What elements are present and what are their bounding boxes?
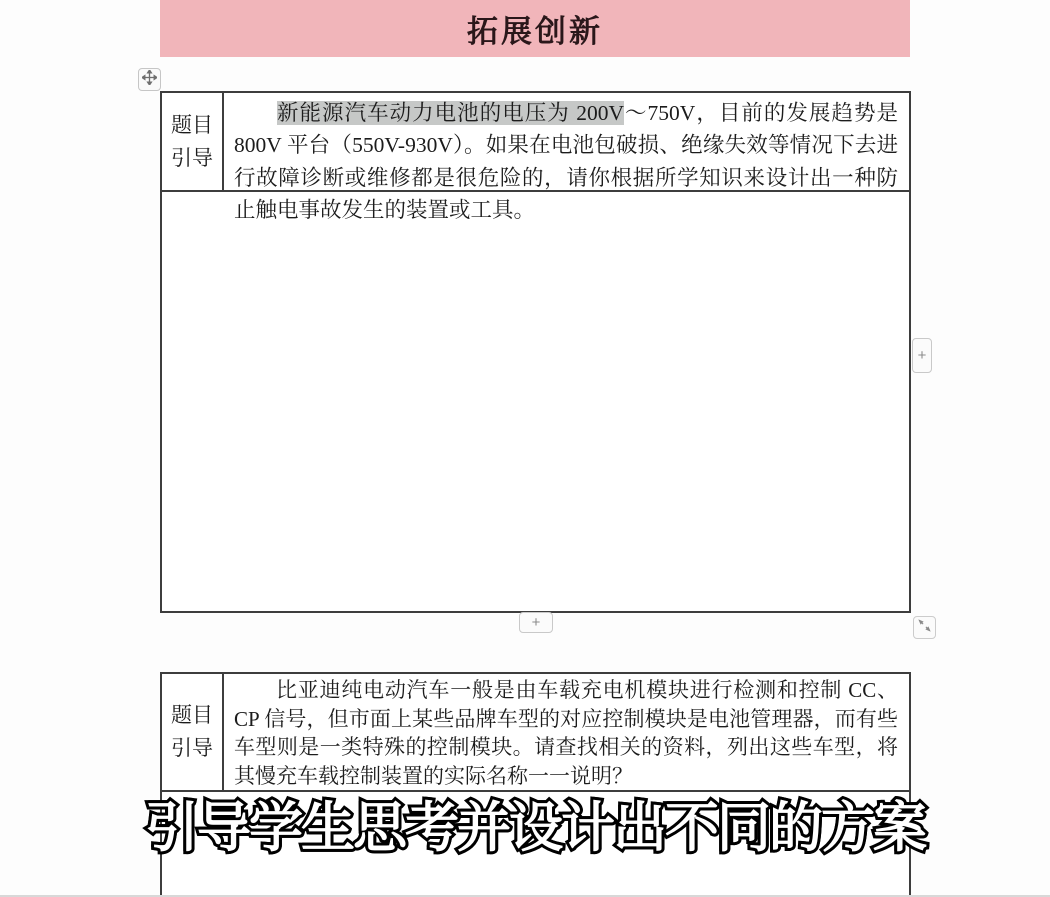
plus-icon: + <box>532 615 541 630</box>
subtitle-text: 引导学生思考并设计出不同的方案 <box>130 794 940 862</box>
resize-diagonal-icon <box>918 619 931 637</box>
question-table-1: 题目 引导 新能源汽车动力电池的电压为 200V～750V，目前的发展趋势是 8… <box>160 91 911 613</box>
table-row <box>162 192 909 611</box>
table-resize-handle[interactable] <box>913 616 936 639</box>
topic-guide-label-cell[interactable]: 题目 引导 <box>162 674 224 790</box>
table-row: 题目 引导 新能源汽车动力电池的电压为 200V～750V，目前的发展趋势是 8… <box>162 93 909 192</box>
table-row: 题目 引导 比亚迪纯电动汽车一般是由车载充电机模块进行检测和控制 CC、CP 信… <box>162 674 909 792</box>
answer-area-cell[interactable] <box>162 192 909 611</box>
plus-icon: + <box>918 348 927 363</box>
table-move-handle[interactable] <box>138 68 161 91</box>
label-line: 引导 <box>171 732 213 765</box>
highlighted-text: 新能源汽车动力电池的电压为 200V <box>277 101 624 125</box>
section-title: 拓展创新 <box>467 6 603 51</box>
document-page: 拓展创新 题目 引导 新能源汽车动力电池的电 <box>0 0 1050 897</box>
move-icon <box>142 70 157 90</box>
video-subtitle: 引导学生思考并设计出不同的方案 引导学生思考并设计出不同的方案 <box>130 794 940 866</box>
label-line: 引导 <box>171 142 213 175</box>
label-line: 题目 <box>171 699 213 732</box>
question-text-cell[interactable]: 比亚迪纯电动汽车一般是由车载充电机模块进行检测和控制 CC、CP 信号，但市面上… <box>224 674 909 790</box>
topic-guide-label-cell[interactable]: 题目 引导 <box>162 93 224 190</box>
add-row-button[interactable]: + <box>519 612 553 633</box>
question-text-cell[interactable]: 新能源汽车动力电池的电压为 200V～750V，目前的发展趋势是 800V 平台… <box>224 93 909 190</box>
question-paragraph: 比亚迪纯电动汽车一般是由车载充电机模块进行检测和控制 CC、CP 信号，但市面上… <box>234 676 898 790</box>
section-banner: 拓展创新 <box>160 0 910 57</box>
label-line: 题目 <box>171 109 213 142</box>
add-column-button[interactable]: + <box>912 338 932 373</box>
